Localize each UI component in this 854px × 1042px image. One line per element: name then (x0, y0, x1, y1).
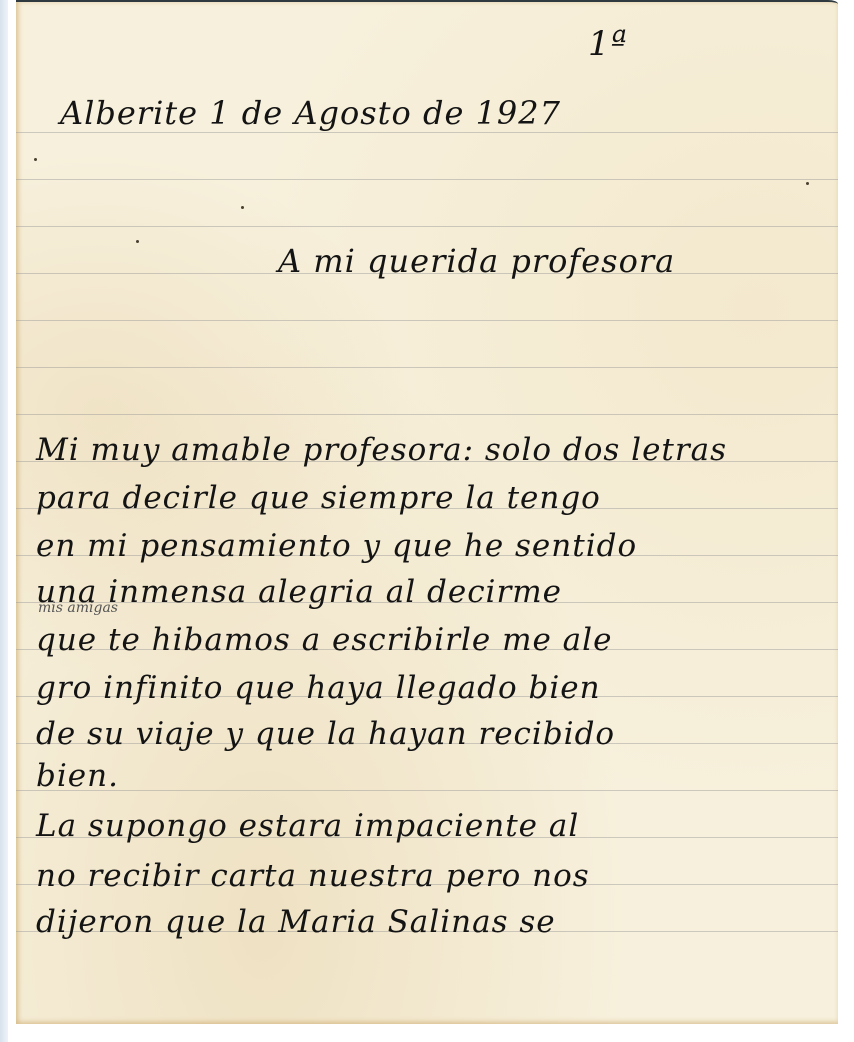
ink-speck (34, 158, 37, 161)
letter-page: 1ª Alberite 1 de Agosto de 1927 A mi que… (16, 0, 838, 1024)
ruled-line (16, 790, 838, 791)
dateline: Alberite 1 de Agosto de 1927 (60, 94, 561, 132)
letter-line: de su viaje y que la hayan recibido (36, 716, 615, 752)
letter-line: bien. (36, 758, 119, 794)
letter-line: que te hibamos a escribirle me ale (36, 622, 612, 658)
salutation: A mi querida profesora (278, 242, 675, 280)
letter-line: La supongo estara impaciente al (36, 808, 579, 844)
ink-speck (241, 206, 244, 209)
ruled-line (16, 179, 838, 180)
letter-line: no recibir carta nuestra pero nos (36, 858, 590, 894)
ink-speck (806, 182, 809, 185)
letter-line: dijeron que la Maria Salinas se (36, 904, 556, 940)
page-number: 1ª (588, 24, 628, 64)
ruled-line (16, 320, 838, 321)
ruled-line (16, 367, 838, 368)
ink-speck (136, 240, 139, 243)
ruled-line (16, 132, 838, 133)
letter-line: gro infinito que haya llegado bien (36, 670, 601, 706)
ruled-line (16, 414, 838, 415)
interlinear-insertion: mis amigas (38, 600, 118, 616)
scan-margin (0, 0, 8, 1042)
letter-line: Mi muy amable profesora: solo dos letras (36, 432, 727, 468)
ruled-line (16, 226, 838, 227)
letter-line: para decirle que siempre la tengo (36, 480, 601, 516)
letter-line: en mi pensamiento y que he sentido (36, 528, 637, 564)
